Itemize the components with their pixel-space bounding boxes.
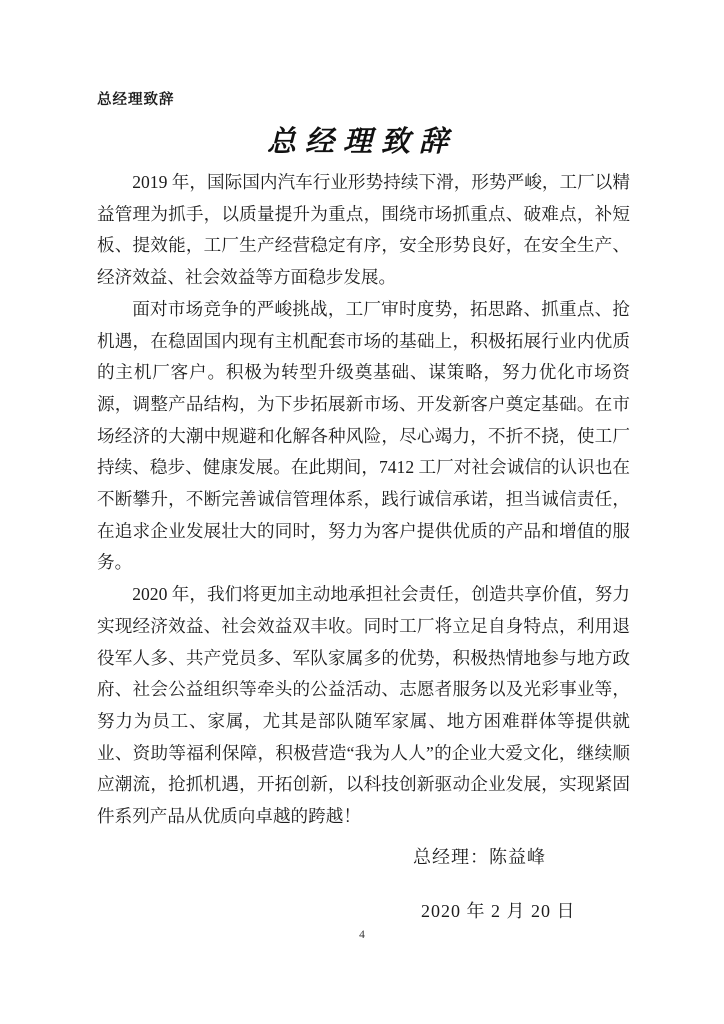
signature-date: 2020 年 2 月 20 日 bbox=[421, 897, 576, 923]
document-page: 总经理致辞 总经理致辞 2019 年，国际国内汽车行业形势持续下滑，形势严峻，工… bbox=[0, 0, 724, 1024]
page-title: 总经理致辞 bbox=[0, 119, 724, 160]
paragraph-3: 2020 年，我们将更加主动地承担社会责任，创造共享价值，努力实现经济效益、社会… bbox=[97, 579, 630, 833]
running-header: 总经理致辞 bbox=[97, 88, 175, 109]
paragraph-1: 2019 年，国际国内汽车行业形势持续下滑，形势严峻，工厂以精益管理为抓手，以质… bbox=[97, 167, 630, 294]
paragraph-2: 面对市场竞争的严峻挑战，工厂审时度势，拓思路、抓重点、抢机遇，在稳固国内现有主机… bbox=[97, 294, 630, 579]
page-number: 4 bbox=[0, 929, 724, 941]
signature-name: 总经理：陈益峰 bbox=[413, 843, 546, 869]
document-body: 2019 年，国际国内汽车行业形势持续下滑，形势严峻，工厂以精益管理为抓手，以质… bbox=[97, 167, 630, 833]
